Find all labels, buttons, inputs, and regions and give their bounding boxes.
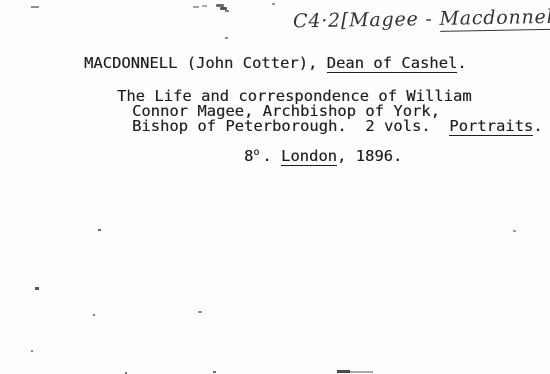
format-number: 8 (244, 147, 253, 165)
scan-speck (513, 230, 516, 232)
scan-speck (31, 6, 39, 8)
scan-speck (225, 37, 228, 39)
author-name: MACDONNELL (John Cotter), (84, 54, 327, 72)
catalog-card: C4·2[Magee - Macdonnell] MACDONNELL (Joh… (0, 0, 550, 374)
author-title-underlined: Dean of Cashel (327, 54, 458, 73)
heading-period: . (457, 54, 466, 72)
imprint-line: 8o. London, 1896. (244, 149, 402, 166)
classmark-text: C4·2[Magee - (293, 8, 440, 33)
title-line-3-period: . (533, 117, 542, 135)
scan-speck (198, 311, 202, 313)
scan-speck (213, 371, 216, 373)
scan-speck (31, 350, 33, 352)
scan-speck (35, 287, 39, 290)
classmark-name-underlined: Macdonnell (439, 6, 550, 32)
portraits-note-underlined: Portraits (449, 117, 533, 136)
publication-year: , 1896. (337, 147, 402, 165)
scan-artifact-bar (350, 371, 373, 373)
author-heading: MACDONNELL (John Cotter), Dean of Cashel… (84, 56, 467, 71)
scan-speck (193, 6, 199, 8)
scan-speck (93, 314, 95, 316)
scan-speck (202, 5, 207, 7)
format-superscript: o (253, 145, 262, 160)
imprint-separator: . (262, 147, 281, 165)
publication-place-underlined: London (281, 147, 337, 166)
title-line-3: Bishop of Peterborough. 2 vols. Portrait… (132, 119, 543, 134)
title-line-3-text: Bishop of Peterborough. 2 vols. (132, 117, 449, 135)
scan-speck (225, 10, 229, 12)
handwritten-classmark: C4·2[Magee - Macdonnell] (293, 5, 550, 34)
scan-speck (272, 3, 275, 5)
scan-speck (98, 229, 101, 231)
scan-artifact-bar (337, 370, 350, 373)
